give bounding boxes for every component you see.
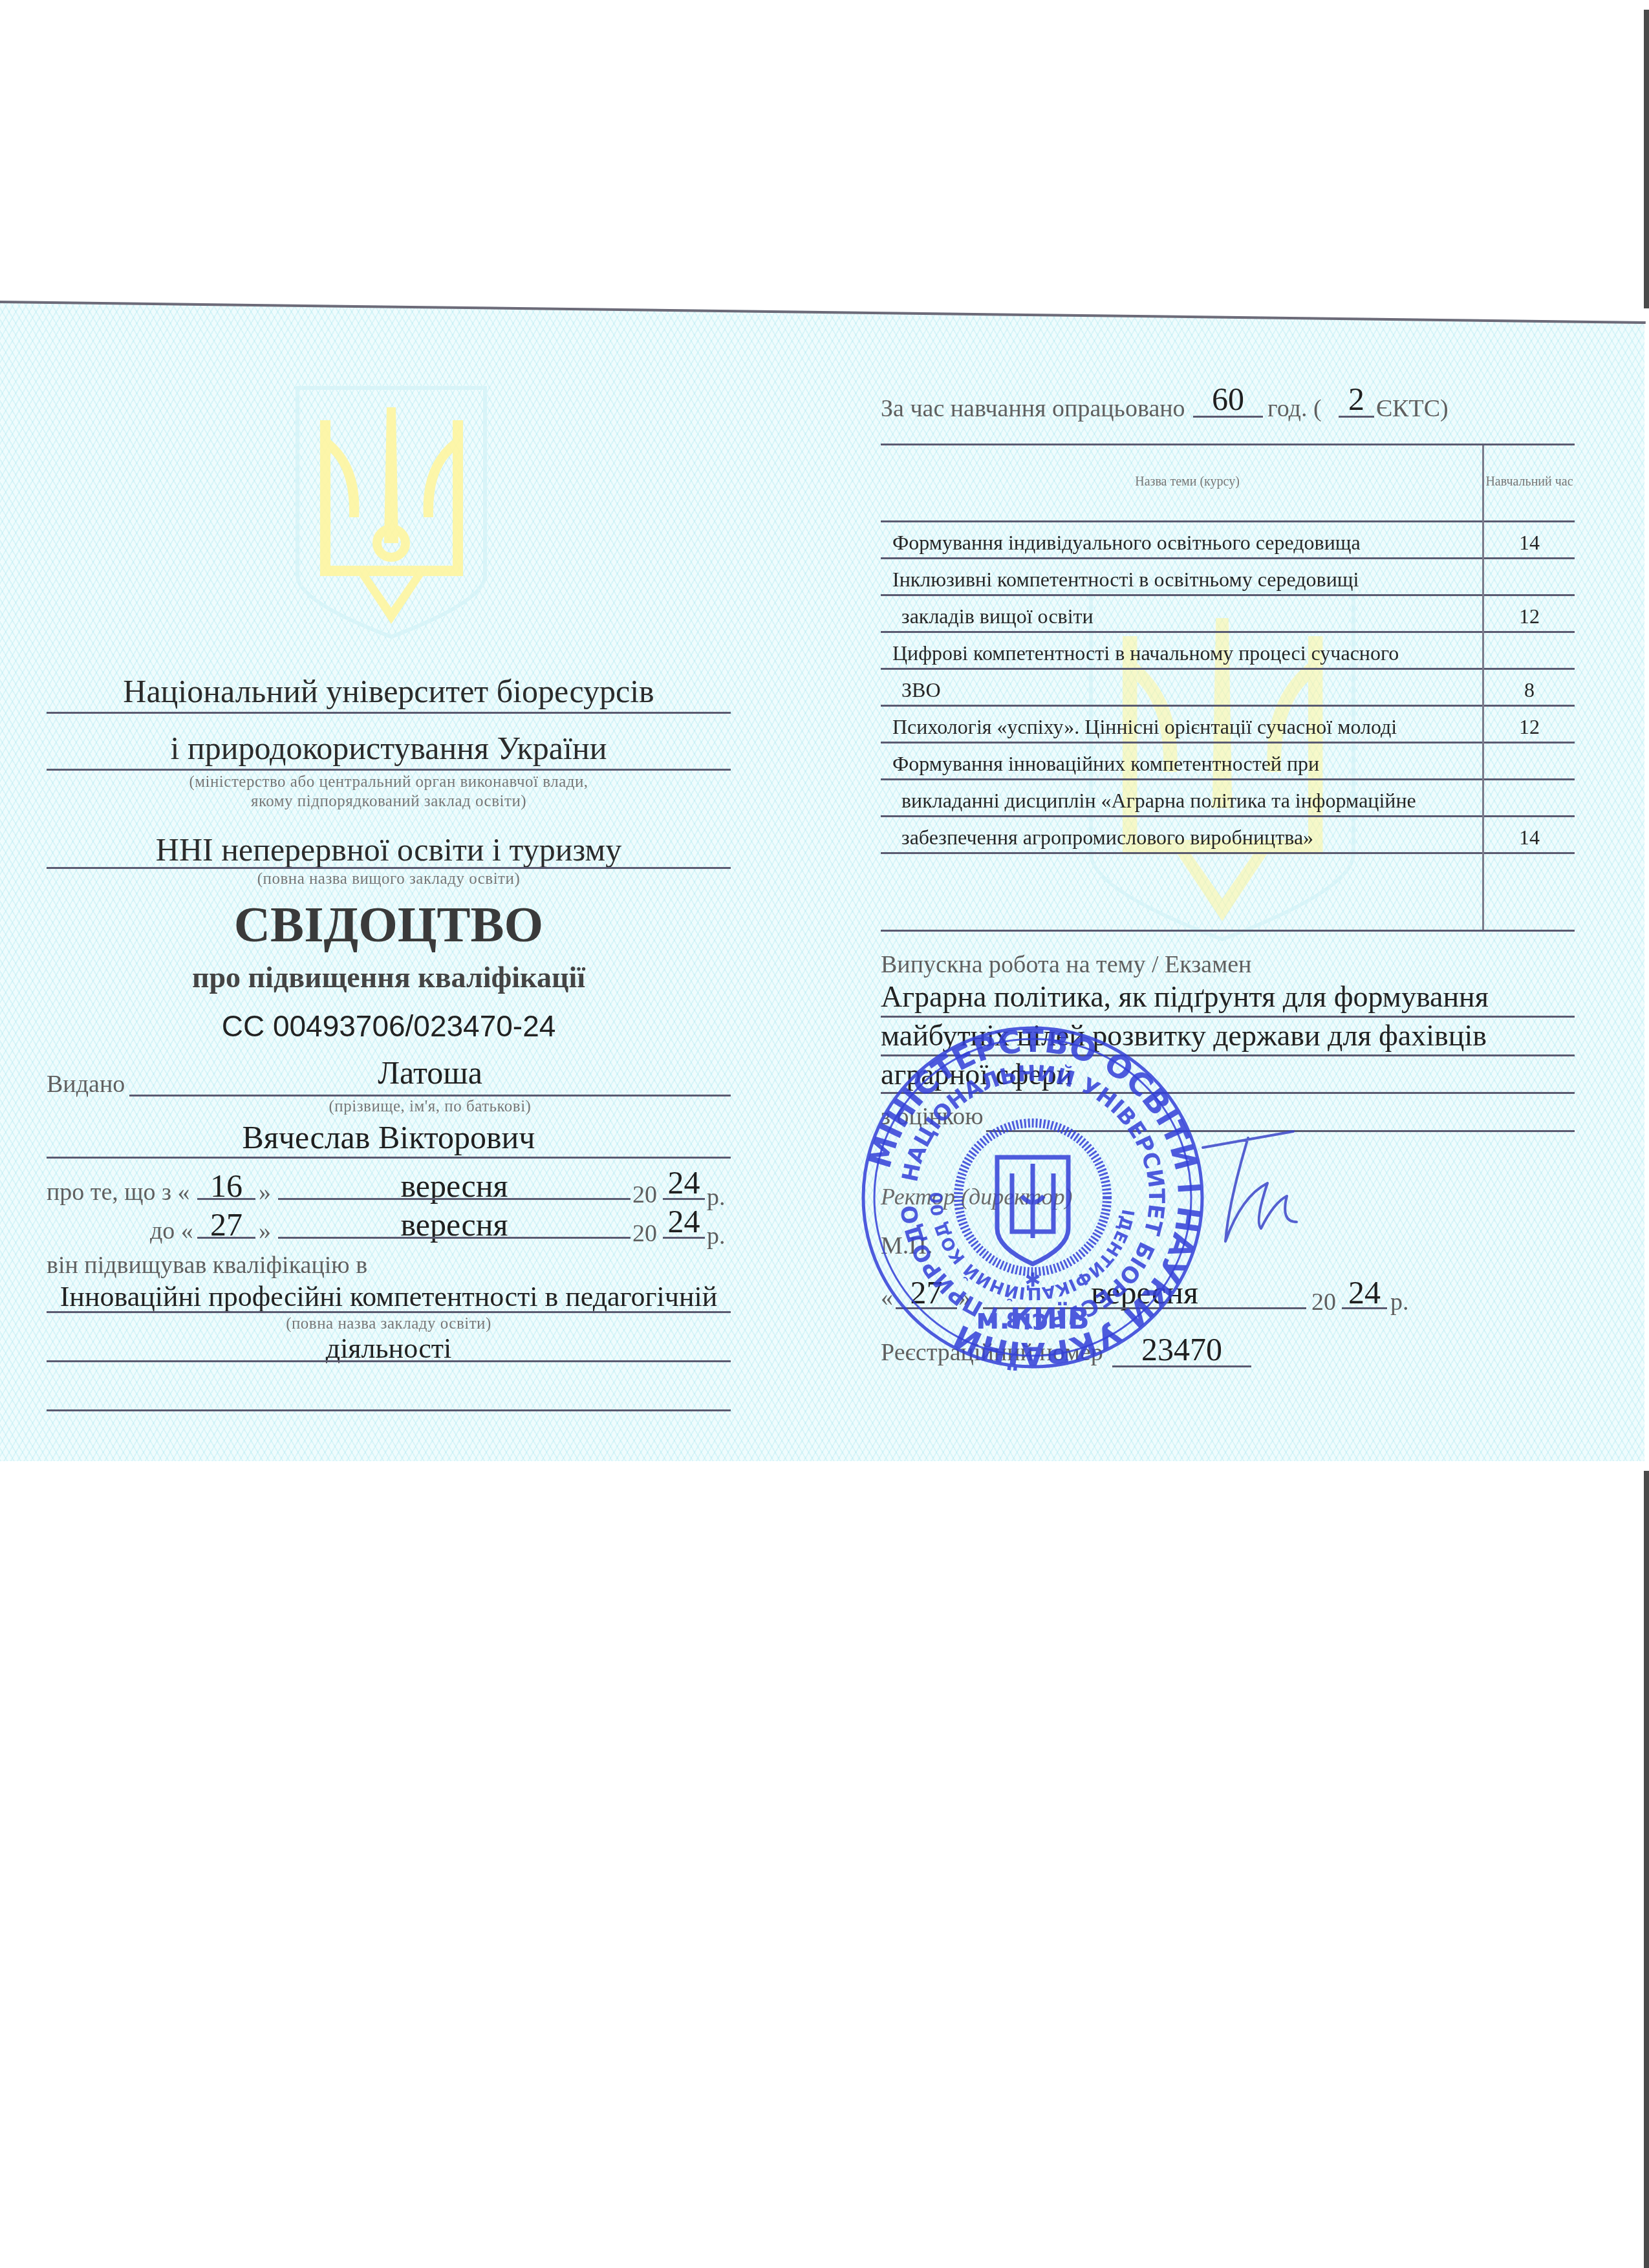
hours-cell — [1483, 632, 1575, 669]
issue-year-suffix: р. — [1390, 1288, 1409, 1316]
rule — [197, 1198, 255, 1200]
rule — [47, 1157, 731, 1159]
period-to-label: до « — [150, 1217, 193, 1245]
thesis-label: Випускна робота на тему / Екзамен — [881, 950, 1251, 979]
issue-year: 24 — [1342, 1274, 1387, 1311]
thesis-line-1: Аграрна політика, як підґрунтя для форму… — [881, 979, 1489, 1014]
period-from-label: про те, що з « — [47, 1178, 190, 1206]
scan-edge-bottom — [1644, 1471, 1649, 2268]
table-row: Психологія «успіху». Ціннісні орієнтації… — [881, 706, 1575, 743]
rule — [197, 1237, 255, 1239]
hours-cell: 12 — [1483, 706, 1575, 743]
year-prefix: 20 — [632, 1219, 657, 1248]
rector-signature-icon — [1190, 1125, 1319, 1254]
surname: Латоша — [129, 1054, 731, 1091]
unit-name: ННІ неперервної освіти і туризму — [47, 831, 731, 868]
rule — [47, 867, 731, 869]
rule — [129, 1095, 731, 1097]
ects-suffix: ЄКТС) — [1376, 394, 1449, 423]
qualification-label: він підвищував кваліфікацію в — [47, 1251, 367, 1279]
certificate-number: СС 00493706/023470-24 — [47, 1009, 731, 1043]
ects-value: 2 — [1339, 380, 1374, 418]
certificate-title: СВІДОЦТВО — [47, 895, 731, 954]
table-row: ЗВО8 — [881, 669, 1575, 706]
hours-cell — [1483, 559, 1575, 595]
program-line-1: Інноваційні професійні компетентності в … — [47, 1280, 731, 1313]
unit-caption: (повна назва вищого закладу освіти) — [47, 870, 731, 888]
hours-cell — [1483, 743, 1575, 780]
table-row: Формування індивідуального освітнього се… — [881, 522, 1575, 559]
institution-line-1: Національний університет біоресурсів — [47, 672, 731, 710]
rule — [278, 1198, 630, 1200]
year-prefix: 20 — [632, 1181, 657, 1209]
topic-cell: ЗВО — [881, 669, 1483, 706]
topic-cell: закладів вищої освіти — [881, 595, 1483, 632]
year-suffix: р. — [707, 1222, 726, 1250]
rule — [47, 1409, 731, 1411]
program-caption: (повна назва закладу освіти) — [47, 1315, 731, 1333]
col-hours-header: Навчальний час — [1483, 445, 1575, 522]
svg-text:м.КИЇВ: м.КИЇВ — [976, 1301, 1089, 1336]
hours-label: За час навчання опрацьовано — [881, 394, 1185, 423]
hours-unit: год. ( — [1267, 394, 1322, 423]
rule — [47, 712, 731, 714]
certificate-subtitle: про підвищення кваліфікації — [47, 960, 731, 994]
rule — [1193, 416, 1263, 418]
rule — [1342, 1307, 1387, 1309]
trident-watermark-icon — [291, 381, 491, 640]
table-row: викладанні дисциплін «Аграрна політика т… — [881, 780, 1575, 817]
rule — [663, 1237, 705, 1239]
topic-cell: забезпечення агропромислового виробництв… — [881, 817, 1483, 853]
institution-line-2: і природокористування України — [47, 729, 731, 767]
given-names: Вячеслав Вікторович — [47, 1118, 731, 1156]
topics-table: Назва теми (курсу) Навчальний час Формув… — [881, 444, 1575, 932]
scan-edge-top — [1644, 10, 1649, 308]
official-stamp-icon: МІНІСТЕРСТВО ОСВІТИ І НАУКИ УКРАЇНИ НАЦІ… — [860, 1025, 1206, 1371]
table-blank-row — [881, 853, 1575, 931]
hours-cell: 14 — [1483, 522, 1575, 559]
name-caption: (прізвище, ім'я, по батькові) — [129, 1098, 731, 1116]
rule — [47, 1311, 731, 1313]
rule — [1339, 416, 1374, 418]
issued-label: Видано — [47, 1070, 125, 1098]
year-suffix: р. — [707, 1183, 726, 1212]
rule — [663, 1198, 705, 1200]
svg-text:✱: ✱ — [1024, 1269, 1040, 1292]
quote-close: » — [259, 1178, 271, 1206]
table-row: забезпечення агропромислового виробництв… — [881, 817, 1575, 853]
from-year: 24 — [663, 1164, 705, 1201]
ministry-caption-2: якому підпорядкований заклад освіти) — [47, 793, 731, 811]
table-row: Формування інноваційних компетентностей … — [881, 743, 1575, 780]
topic-cell: Формування інноваційних компетентностей … — [881, 743, 1483, 780]
table-header-row: Назва теми (курсу) Навчальний час — [881, 445, 1575, 522]
hours-cell: 8 — [1483, 669, 1575, 706]
rule — [881, 1016, 1575, 1018]
topic-cell: Формування індивідуального освітнього се… — [881, 522, 1483, 559]
topic-cell: Психологія «успіху». Ціннісні орієнтації… — [881, 706, 1483, 743]
topic-cell: Цифрові компетентності в начальному проц… — [881, 632, 1483, 669]
hours-cell: 12 — [1483, 595, 1575, 632]
table-row: Цифрові компетентності в начальному проц… — [881, 632, 1575, 669]
hours-value: 60 — [1193, 380, 1263, 418]
rule — [278, 1237, 630, 1239]
topic-cell: Інклюзивні компетентності в освітньому с… — [881, 559, 1483, 595]
ministry-caption-1: (міністерство або центральний орган вико… — [47, 773, 731, 791]
quote-close: » — [259, 1217, 271, 1245]
table-row: закладів вищої освіти12 — [881, 595, 1575, 632]
rule — [47, 769, 731, 771]
table-row: Інклюзивні компетентності в освітньому с… — [881, 559, 1575, 595]
col-topic-header: Назва теми (курсу) — [881, 445, 1483, 522]
to-year: 24 — [663, 1203, 705, 1240]
rule — [47, 1360, 731, 1362]
hours-cell — [1483, 780, 1575, 817]
hours-cell: 14 — [1483, 817, 1575, 853]
issue-year-prefix: 20 — [1311, 1288, 1336, 1316]
topic-cell: викладанні дисциплін «Аграрна політика т… — [881, 780, 1483, 817]
